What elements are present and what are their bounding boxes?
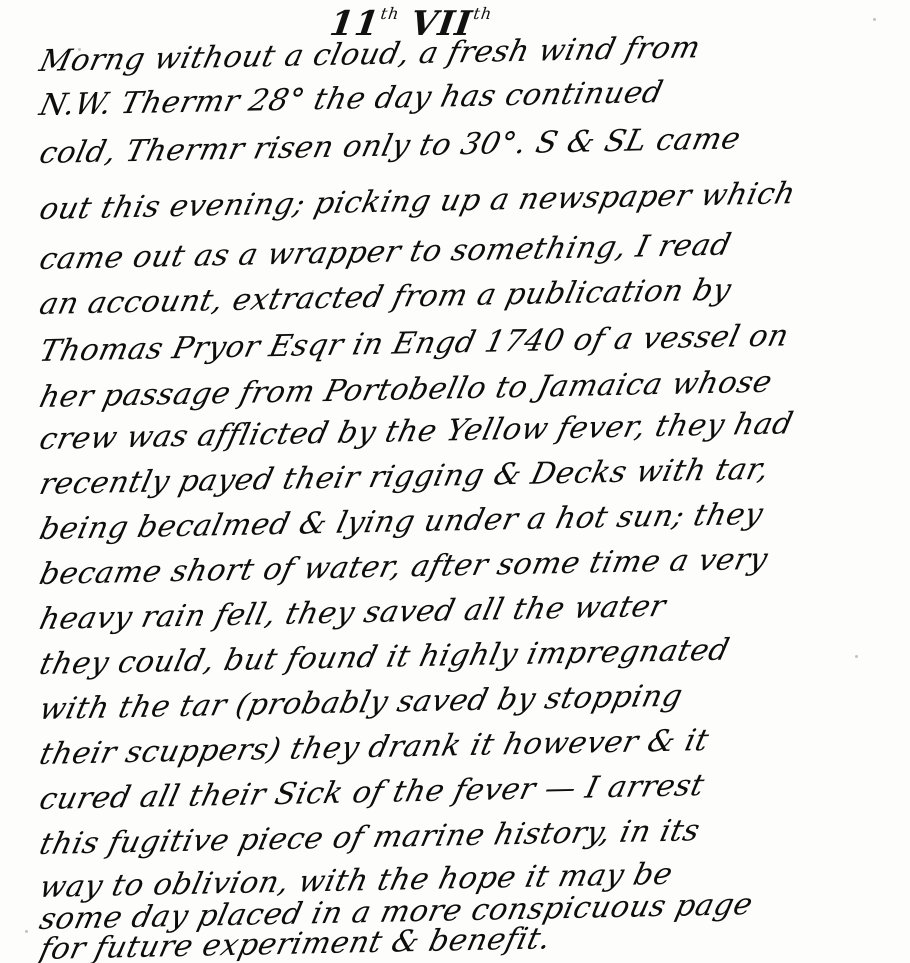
manuscript-line: cold, Thermr risen only to 30°. S & SL c…: [35, 117, 878, 174]
heading-day-suffix: th: [379, 4, 400, 23]
paper-speck: [873, 18, 876, 21]
heading-month-suffix: th: [472, 4, 493, 23]
manuscript-line: out this evening; picking up a newspaper…: [35, 173, 878, 230]
manuscript-page: 11th VIIth Morng without a cloud, a fres…: [0, 0, 910, 963]
paper-speck: [25, 930, 28, 933]
